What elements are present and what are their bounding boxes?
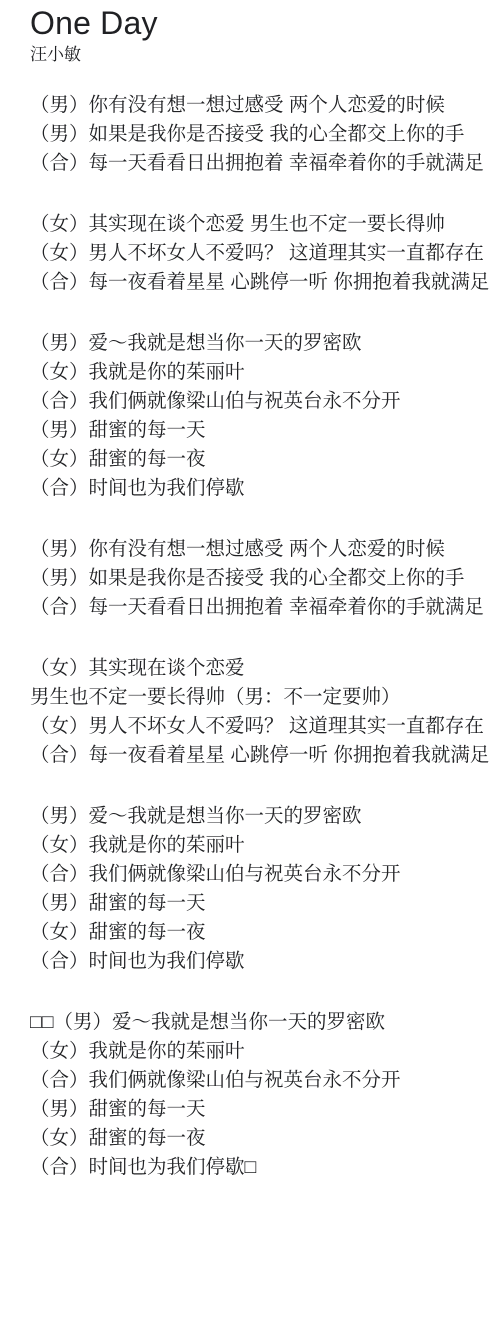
lyric-line: （女）我就是你的茱丽叶 (30, 358, 500, 387)
lyric-stanza: （女）其实现在谈个恋爱 男生也不定一要长得帅 （女）男人不坏女人不爱吗？ 这道理… (30, 210, 500, 297)
lyric-line: （女）甜蜜的每一夜 (30, 918, 500, 947)
lyric-line: （合）时间也为我们停歇□ (30, 1153, 500, 1182)
lyric-line: （合）我们俩就像梁山伯与祝英台永不分开 (30, 1066, 500, 1095)
lyric-line: （女）其实现在谈个恋爱 男生也不定一要长得帅 (30, 210, 500, 239)
artist-name: 汪小敏 (30, 44, 500, 66)
lyrics-body: （男）你有没有想一想过感受 两个人恋爱的时候 （男）如果是我你是否接受 我的心全… (30, 91, 500, 1182)
lyric-line: （合）每一夜看着星星 心跳停一听 你拥抱着我就满足 (30, 741, 500, 770)
lyric-line: （合）每一天看看日出拥抱着 幸福牵着你的手就满足 (30, 149, 500, 178)
lyric-line: （女）甜蜜的每一夜 (30, 445, 500, 474)
song-title: One Day (30, 4, 500, 42)
lyric-line: （男）甜蜜的每一天 (30, 889, 500, 918)
lyric-line: （男）如果是我你是否接受 我的心全都交上你的手 (30, 120, 500, 149)
lyric-line: （女）我就是你的茱丽叶 (30, 831, 500, 860)
lyric-line: （女）男人不坏女人不爱吗？ 这道理其实一直都存在 (30, 239, 500, 268)
lyric-line: （男）爱～我就是想当你一天的罗密欧 (30, 802, 500, 831)
lyric-stanza: （女）其实现在谈个恋爱 男生也不定一要长得帅（男：不一定要帅） （女）男人不坏女… (30, 654, 500, 770)
lyric-line: 男生也不定一要长得帅（男：不一定要帅） (30, 683, 500, 712)
lyric-line: （女）男人不坏女人不爱吗？ 这道理其实一直都存在 (30, 712, 500, 741)
lyric-line: （合）时间也为我们停歇 (30, 474, 500, 503)
lyric-line: （合）我们俩就像梁山伯与祝英台永不分开 (30, 387, 500, 416)
lyric-stanza: （男）你有没有想一想过感受 两个人恋爱的时候 （男）如果是我你是否接受 我的心全… (30, 535, 500, 622)
lyric-line: （合）每一天看看日出拥抱着 幸福牵着你的手就满足 (30, 593, 500, 622)
lyric-line: （合）每一夜看着星星 心跳停一听 你拥抱着我就满足 (30, 268, 500, 297)
lyric-line: （男）如果是我你是否接受 我的心全都交上你的手 (30, 564, 500, 593)
lyric-line: □□（男）爱～我就是想当你一天的罗密欧 (30, 1008, 500, 1037)
lyric-line: （男）你有没有想一想过感受 两个人恋爱的时候 (30, 91, 500, 120)
lyric-line: （合）我们俩就像梁山伯与祝英台永不分开 (30, 860, 500, 889)
lyric-stanza: （男）爱～我就是想当你一天的罗密欧 （女）我就是你的茱丽叶 （合）我们俩就像梁山… (30, 802, 500, 976)
lyric-line: （男）甜蜜的每一天 (30, 416, 500, 445)
lyric-line: （女）我就是你的茱丽叶 (30, 1037, 500, 1066)
lyric-stanza: （男）你有没有想一想过感受 两个人恋爱的时候 （男）如果是我你是否接受 我的心全… (30, 91, 500, 178)
lyric-line: （男）你有没有想一想过感受 两个人恋爱的时候 (30, 535, 500, 564)
lyric-line: （女）甜蜜的每一夜 (30, 1124, 500, 1153)
lyric-line: （男）爱～我就是想当你一天的罗密欧 (30, 329, 500, 358)
lyric-line: （合）时间也为我们停歇 (30, 947, 500, 976)
lyrics-page: One Day 汪小敏 （男）你有没有想一想过感受 两个人恋爱的时候 （男）如果… (0, 0, 500, 1182)
lyric-line: （男）甜蜜的每一天 (30, 1095, 500, 1124)
lyric-stanza: □□（男）爱～我就是想当你一天的罗密欧 （女）我就是你的茱丽叶 （合）我们俩就像… (30, 1008, 500, 1182)
lyric-line: （女）其实现在谈个恋爱 (30, 654, 500, 683)
lyric-stanza: （男）爱～我就是想当你一天的罗密欧 （女）我就是你的茱丽叶 （合）我们俩就像梁山… (30, 329, 500, 503)
